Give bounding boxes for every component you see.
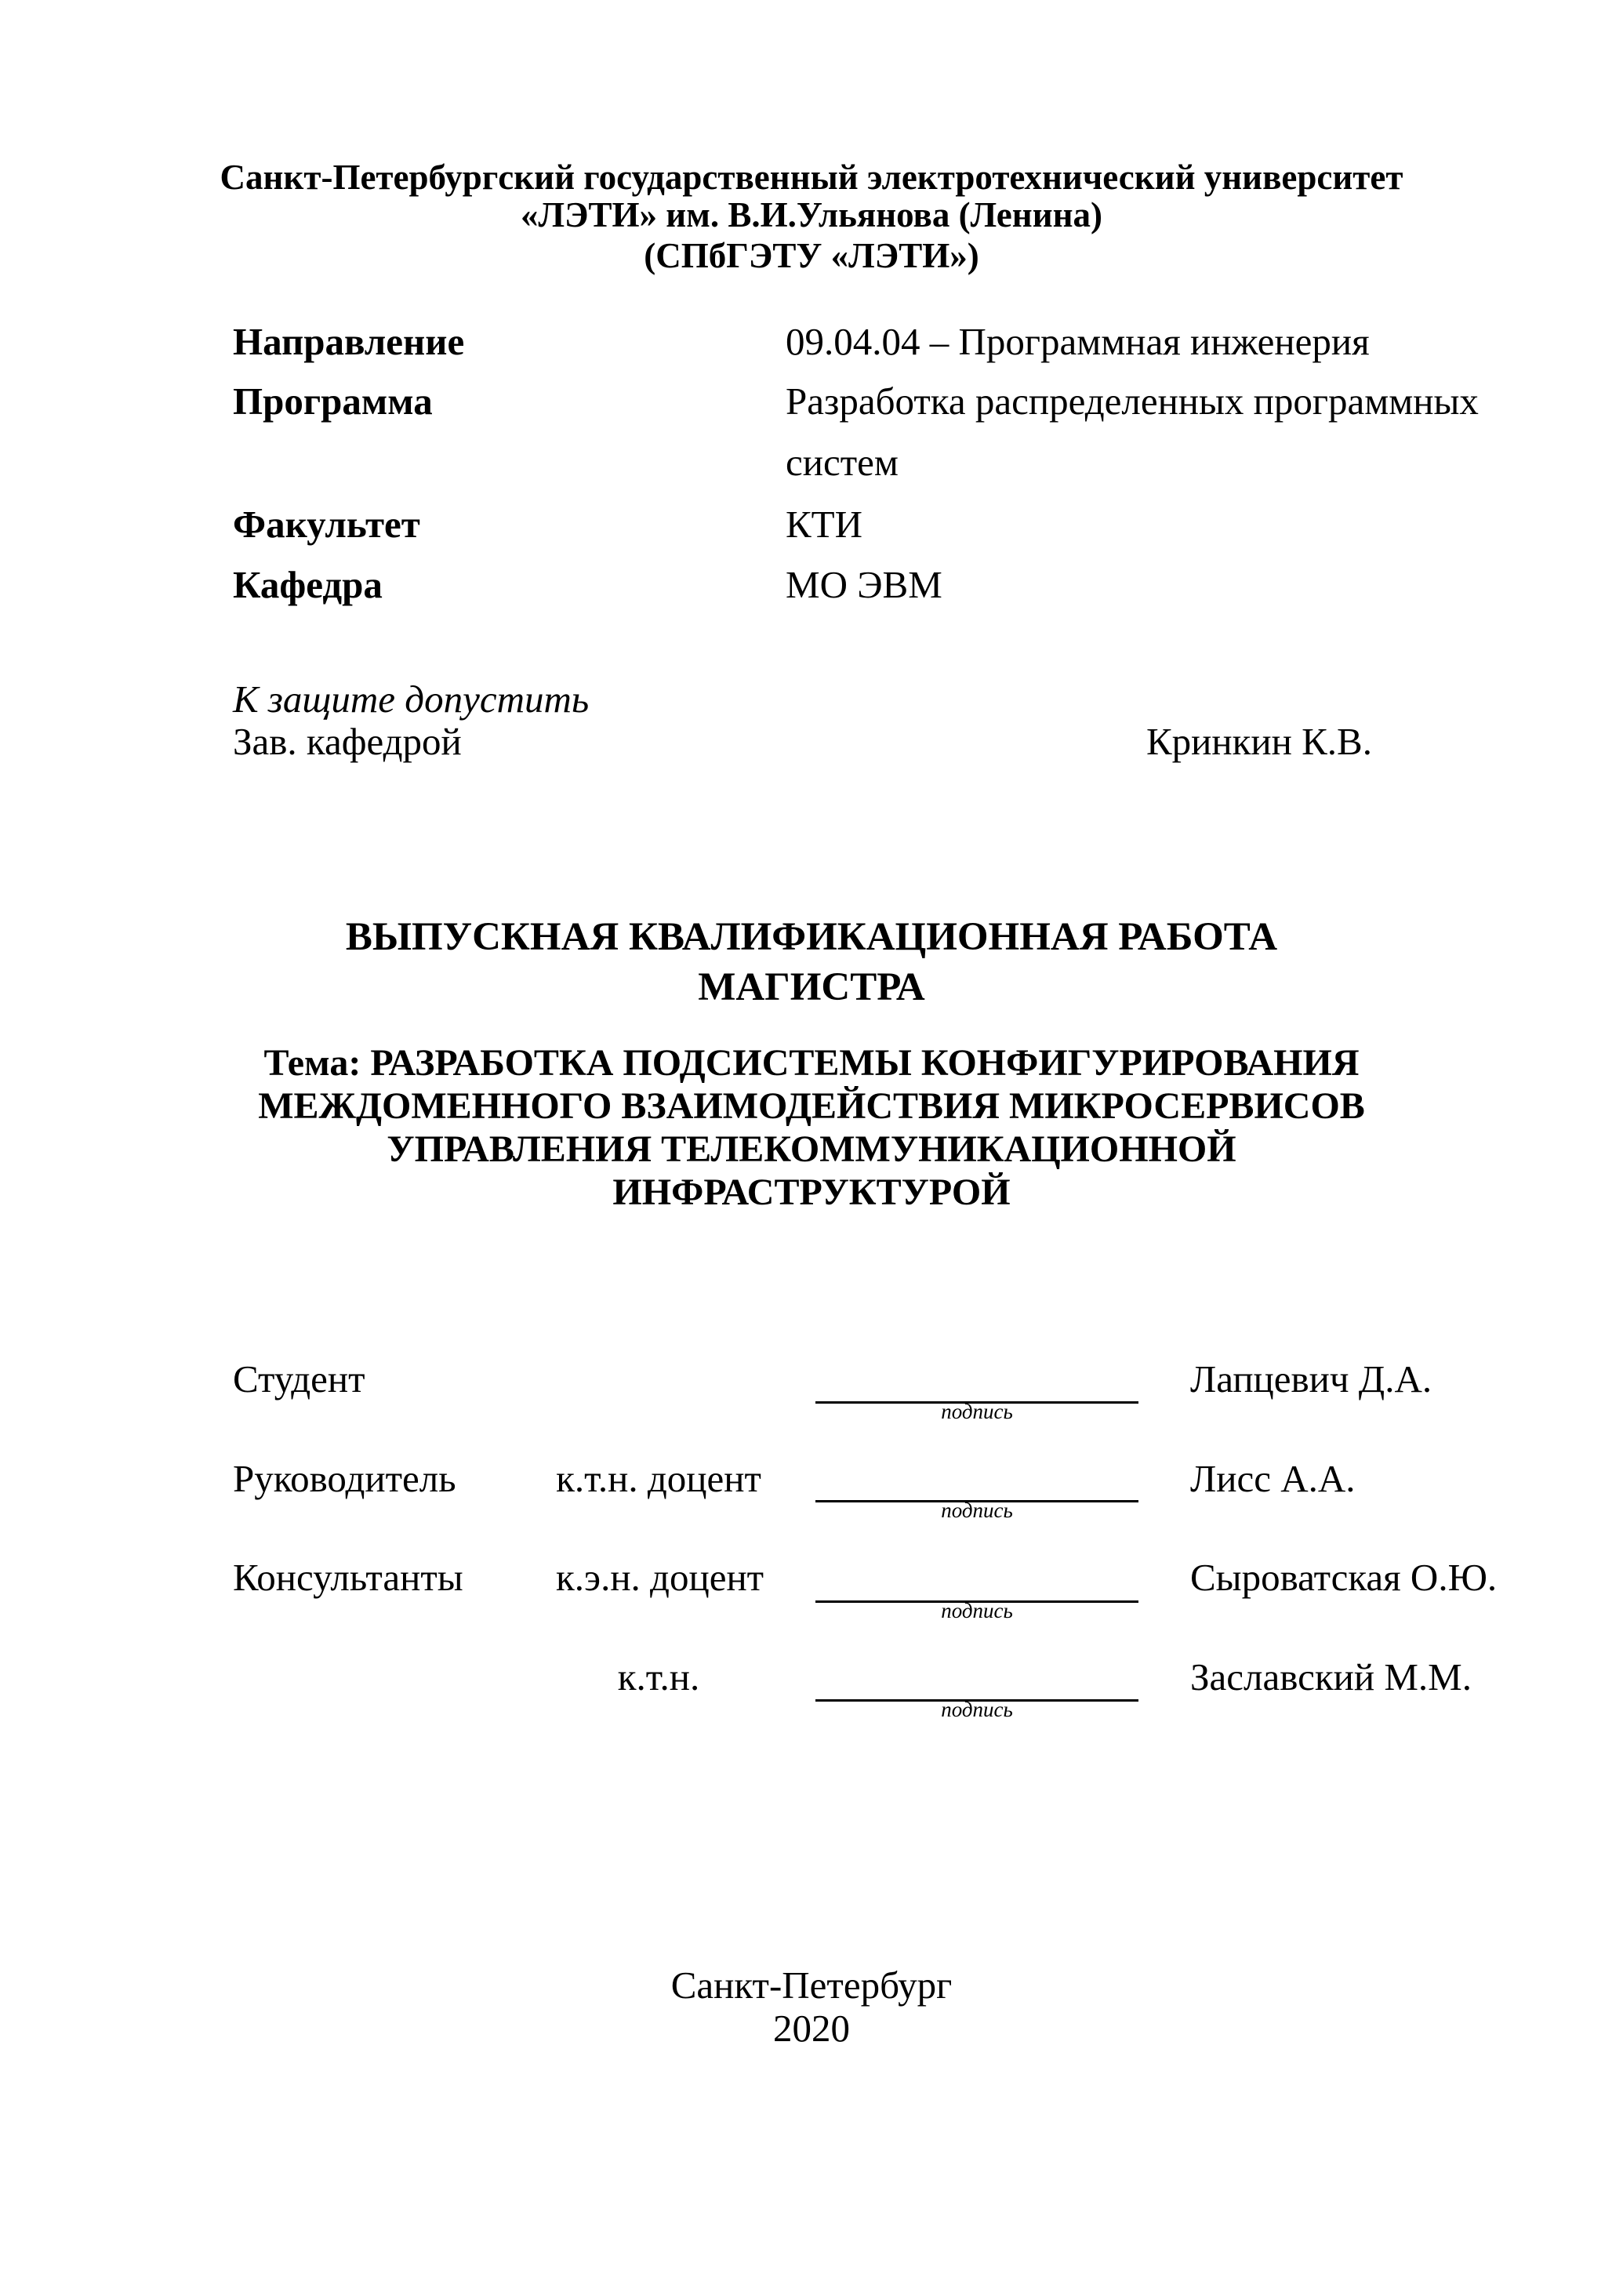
document-title-line1: ВЫПУСКНАЯ КВАЛИФИКАЦИОННАЯ РАБОТА bbox=[0, 917, 1623, 957]
topic-line4: ИНФРАСТРУКТУРОЙ bbox=[0, 1174, 1623, 1212]
admission-note: К защите допустить bbox=[233, 680, 589, 718]
topic-line1: Тема: РАЗРАБОТКА ПОДСИСТЕМЫ КОНФИГУРИРОВ… bbox=[0, 1044, 1623, 1082]
university-name: Санкт-Петербургский государственный элек… bbox=[0, 160, 1623, 195]
signature-caption: подпись bbox=[815, 1500, 1138, 1521]
signature-role: Консультанты bbox=[233, 1558, 463, 1597]
field-label-department: Кафедра bbox=[233, 565, 383, 604]
university-subtitle: «ЛЭТИ» им. В.И.Ульянова (Ленина) bbox=[0, 198, 1623, 233]
signature-name: Сыроватская О.Ю. bbox=[1190, 1558, 1497, 1597]
field-value-faculty: КТИ bbox=[786, 505, 862, 543]
field-label-direction: Направление bbox=[233, 322, 464, 361]
signature-degree: к.т.н. bbox=[556, 1658, 761, 1696]
field-value-direction: 09.04.04 – Программная инженерия bbox=[786, 322, 1370, 361]
signature-caption: подпись bbox=[815, 1699, 1138, 1720]
signature-name: Лисс А.А. bbox=[1190, 1459, 1355, 1498]
signature-role: Студент bbox=[233, 1360, 365, 1398]
signature-name: Заславский М.М. bbox=[1190, 1658, 1472, 1696]
topic-line3: УПРАВЛЕНИЯ ТЕЛЕКОММУНИКАЦИОННОЙ bbox=[0, 1131, 1623, 1168]
signature-degree: к.т.н. доцент bbox=[556, 1459, 761, 1498]
document-title-line2: МАГИСТРА bbox=[0, 968, 1623, 1008]
signature-name: Лапцевич Д.А. bbox=[1190, 1360, 1432, 1398]
signature-degree: к.э.н. доцент bbox=[556, 1558, 761, 1597]
signature-caption: подпись bbox=[815, 1600, 1138, 1622]
field-value-department: МО ЭВМ bbox=[786, 565, 942, 604]
topic-line2: МЕЖДОМЕННОГО ВЗАИМОДЕЙСТВИЯ МИКРОСЕРВИСО… bbox=[0, 1088, 1623, 1125]
admission-role: Зав. кафедрой bbox=[233, 722, 462, 761]
footer-city: Санкт-Петербург bbox=[0, 1966, 1623, 2004]
field-value-program-line2: систем bbox=[786, 443, 899, 481]
university-abbreviation: (СПбГЭТУ «ЛЭТИ») bbox=[0, 238, 1623, 274]
field-label-faculty: Факультет bbox=[233, 505, 420, 543]
signature-caption: подпись bbox=[815, 1401, 1138, 1422]
signature-role: Руководитель bbox=[233, 1459, 456, 1498]
admission-name: Кринкин К.В. bbox=[1146, 722, 1372, 761]
field-label-program: Программа bbox=[233, 382, 433, 420]
field-value-program-line1: Разработка распределенных программных bbox=[786, 382, 1479, 420]
footer-year: 2020 bbox=[0, 2009, 1623, 2047]
